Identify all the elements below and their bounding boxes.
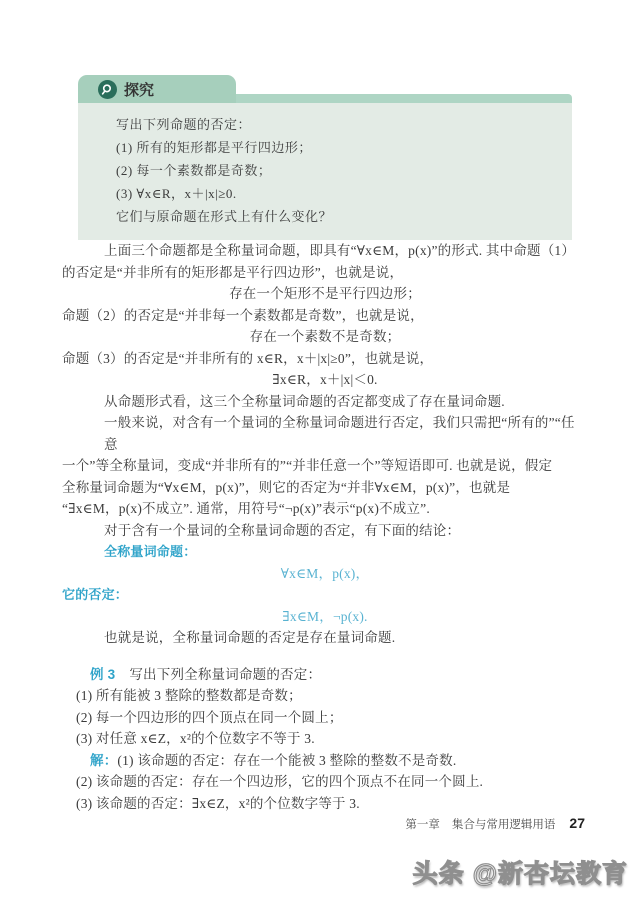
body-line: 上面三个命题都是全称量词命题，即具有“∀x∈M，p(x)”的形式. 其中命题（1… [62, 240, 588, 262]
explore-line: (3) ∀x∈R，x＋|x|≥0. [116, 182, 552, 205]
toutiao-watermark: 头条 @新杏坛教育 [413, 854, 628, 890]
formula-universal: ∀x∈M，p(x)， [62, 563, 588, 585]
body-line: 存在一个矩形不是平行四边形； [62, 283, 588, 305]
body-line: 对于含有一个量词的全称量词命题的否定，有下面的结论： [62, 520, 588, 542]
body-line: 的否定是“并非所有的矩形都是平行四边形”，也就是说， [62, 262, 588, 284]
body-line: 也就是说，全称量词命题的否定是存在量词命题. [62, 627, 588, 649]
body-line: 从命题形式看，这三个全称量词命题的否定都变成了存在量词命题. [62, 391, 588, 413]
footer-chapter: 第一章 [405, 816, 440, 832]
example-label: 例 3 [90, 667, 115, 682]
page-footer: 第一章 集合与常用逻辑用语 27 [405, 815, 585, 832]
example-3-block: 例 3写出下列全称量词命题的否定： (1) 所有能被 3 整除的整数都是奇数； … [62, 664, 588, 815]
explore-line: 它们与原命题在形式上有什么变化？ [116, 205, 552, 228]
solution-line: (1) 该命题的否定：存在一个能被 3 整除的整数不是奇数. [117, 753, 456, 768]
example-item: (3) 对任意 x∈Z，x²的个位数字不等于 3. [62, 728, 588, 750]
textbook-page: 探究 写出下列命题的否定： (1) 所有的矩形都是平行四边形； (2) 每一个素… [0, 0, 640, 898]
explore-tab-label: 探究 [124, 79, 154, 100]
body-line: 一般来说，对含有一个量词的全称量词命题进行否定，我们只需把“所有的”“任意 [62, 412, 588, 455]
body-line: 一个”等全称量词，变成“并非所有的”“并非任意一个”等短语即可. 也就是说，假定 [62, 455, 588, 477]
footer-section-title: 集合与常用逻辑用语 [452, 816, 556, 832]
explore-line: (2) 每一个素数都是奇数； [116, 159, 552, 182]
example-intro: 写出下列全称量词命题的否定： [129, 667, 321, 682]
example-item: (2) 每一个四边形的四个顶点在同一个圆上； [62, 707, 588, 729]
solution-heading: 解：(1) 该命题的否定：存在一个能被 3 整除的整数不是奇数. [62, 750, 588, 772]
footer-page-number: 27 [569, 815, 585, 831]
solution-line: (2) 该命题的否定：存在一个四边形，它的四个顶点不在同一个圆上. [62, 771, 588, 793]
explore-line: (1) 所有的矩形都是平行四边形； [116, 136, 552, 159]
solution-label: 解： [90, 753, 117, 768]
formula-negation: ∃x∈M，¬p(x). [62, 606, 588, 628]
explore-line: 写出下列命题的否定： [116, 113, 552, 136]
body-line: 全称量词命题为“∀x∈M，p(x)”，则它的否定为“并非∀x∈M，p(x)”，也… [62, 477, 588, 499]
conclusion-label-negation: 它的否定： [62, 584, 588, 606]
body-line: 命题（3）的否定是“并非所有的 x∈R，x＋|x|≥0”，也就是说， [62, 348, 588, 370]
explore-tab: 探究 [78, 75, 236, 103]
explore-box: 探究 写出下列命题的否定： (1) 所有的矩形都是平行四边形； (2) 每一个素… [78, 75, 572, 240]
body-line: “∃x∈M，p(x)不成立”. 通常，用符号“¬p(x)”表示“p(x)不成立”… [62, 498, 588, 520]
magnifier-icon [98, 80, 117, 99]
body-line: 命题（2）的否定是“并非每一个素数都是奇数”，也就是说， [62, 305, 588, 327]
main-text: 上面三个命题都是全称量词命题，即具有“∀x∈M，p(x)”的形式. 其中命题（1… [62, 240, 588, 814]
example-heading: 例 3写出下列全称量词命题的否定： [62, 664, 588, 686]
conclusion-label-universal: 全称量词命题： [62, 541, 588, 563]
body-line: 存在一个素数不是奇数； [62, 326, 588, 348]
explore-box-content: 写出下列命题的否定： (1) 所有的矩形都是平行四边形； (2) 每一个素数都是… [78, 103, 572, 240]
body-line: ∃x∈R，x＋|x|＜0. [62, 369, 588, 391]
explore-box-header: 探究 [78, 75, 572, 103]
example-item: (1) 所有能被 3 整除的整数都是奇数； [62, 685, 588, 707]
solution-line: (3) 该命题的否定：∃x∈Z，x²的个位数字等于 3. [62, 793, 588, 815]
